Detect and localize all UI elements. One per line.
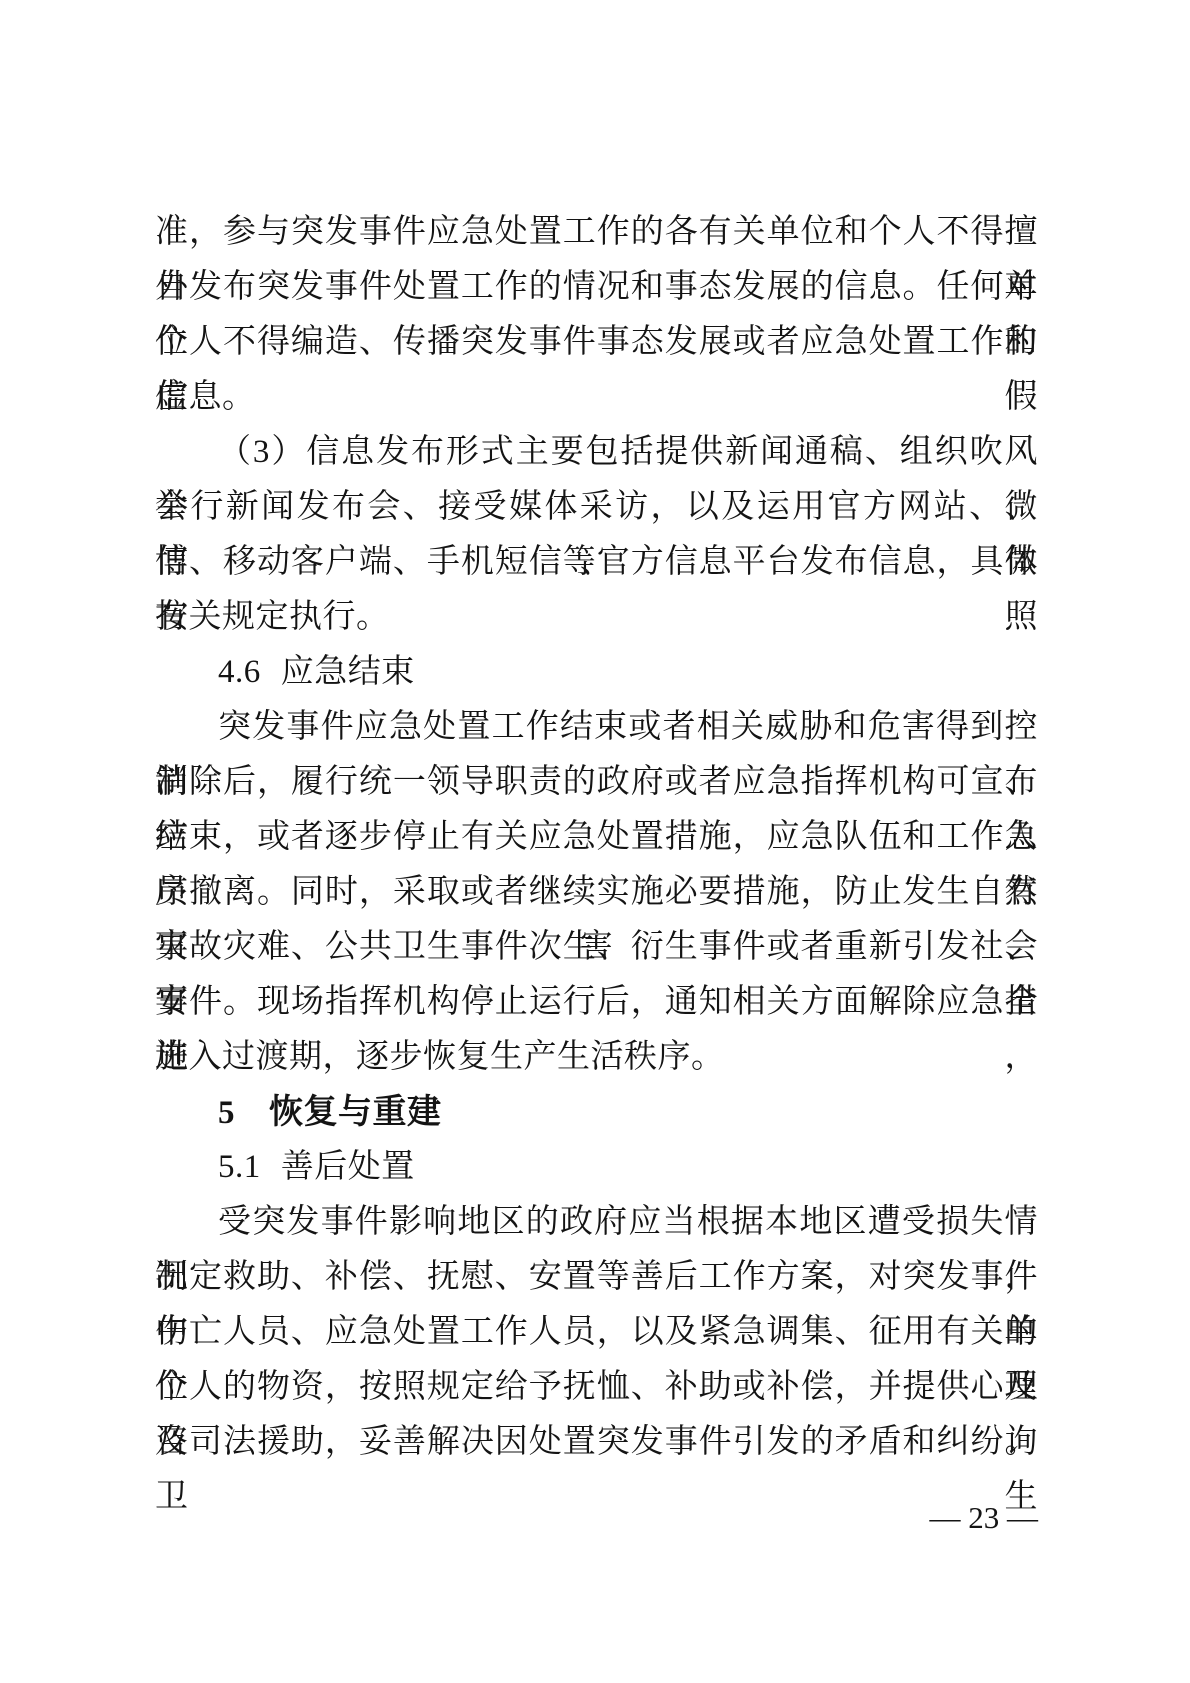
text-line: 及司法援助，妥善解决因处置突发事件引发的矛盾和纠纷。卫生: [155, 1415, 1038, 1470]
text-line: 消除后，履行统一领导职责的政府或者应急指挥机构可宣布应急: [155, 755, 1038, 810]
text-line: 事件。现场指挥机构停止运行后，通知相关方面解除应急措施，: [155, 975, 1038, 1030]
document-page: 准，参与突发事件应急处置工作的各有关单位和个人不得擅自对外发布突发事件处置工作的…: [0, 0, 1190, 1683]
text-line: 序撤离。同时，采取或者继续实施必要措施，防止发生自然灾害、: [155, 865, 1038, 920]
heading-title: 恢复与重建: [269, 1093, 442, 1131]
text-line: 伤亡人员、应急处置工作人员，以及紧急调集、征用有关单位及: [155, 1305, 1038, 1360]
heading-title: 应急结束: [281, 654, 415, 690]
heading-number: 4.6: [218, 654, 261, 690]
section-heading: 5.1善后处置: [155, 1140, 1038, 1195]
heading-number: 5: [218, 1095, 235, 1131]
text-line: 信、移动客户端、手机短信等官方信息平台发布信息，具体按照: [155, 535, 1038, 590]
text-line: （3）信息发布形式主要包括提供新闻通稿、组织吹风会、: [155, 425, 1038, 480]
heading-number: 5.1: [218, 1149, 261, 1185]
heading-title: 善后处置: [281, 1149, 415, 1185]
text-line: 受突发事件影响地区的政府应当根据本地区遭受损失情况，: [155, 1195, 1038, 1250]
text-line: 个人不得编造、传播突发事件事态发展或者应急处置工作的虚假: [155, 315, 1038, 370]
section-heading: 4.6应急结束: [155, 645, 1038, 700]
text-line: 突发事件应急处置工作结束或者相关威胁和危害得到控制、: [155, 700, 1038, 755]
text-line: 准，参与突发事件应急处置工作的各有关单位和个人不得擅自对: [155, 205, 1038, 260]
text-line: 举行新闻发布会、接受媒体采访，以及运用官方网站、微博、微: [155, 480, 1038, 535]
text-line: 事故灾难、公共卫生事件次生、衍生事件或者重新引发社会安全: [155, 920, 1038, 975]
text-line: 结束，或者逐步停止有关应急处置措施，应急队伍和工作人员有: [155, 810, 1038, 865]
page-number: — 23 —: [930, 1498, 1039, 1538]
text-line: 外发布突发事件处置工作的情况和事态发展的信息。任何单位和: [155, 260, 1038, 315]
text-line: 个人的物资，按照规定给予抚恤、补助或补偿，并提供心理咨询: [155, 1360, 1038, 1415]
document-body: 准，参与突发事件应急处置工作的各有关单位和个人不得擅自对外发布突发事件处置工作的…: [155, 205, 1038, 1470]
chapter-heading: 5恢复与重建: [155, 1085, 1038, 1140]
text-line: 制定救助、补偿、抚慰、安置等善后工作方案，对突发事件中的: [155, 1250, 1038, 1305]
